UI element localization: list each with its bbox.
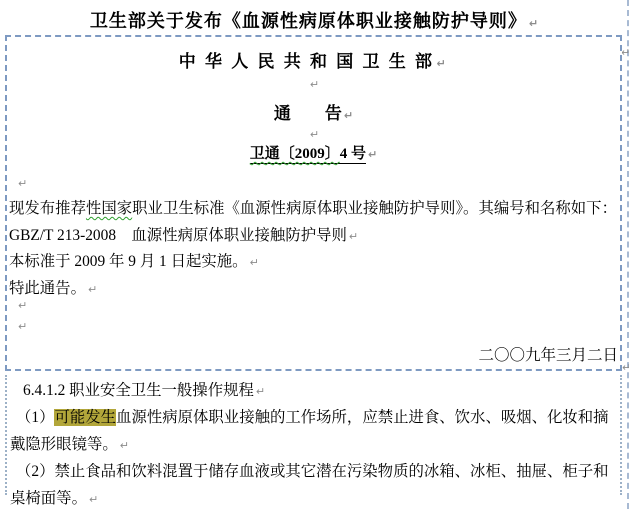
issue-date: 二〇〇九年三月二日 xyxy=(478,343,618,365)
pilcrow-mark-icon: ↵ xyxy=(308,128,319,141)
notice-heading-line: 通 告↵ xyxy=(7,99,620,124)
text-run: （1） xyxy=(16,409,54,426)
text-line: 本标准于 2009 年 9 月 1 日起实施。↵ xyxy=(9,249,618,276)
notice-heading: 通 告 xyxy=(274,104,342,123)
pilcrow-mark-icon: ↵ xyxy=(16,320,27,333)
text-run: 桌椅面等。 xyxy=(10,490,87,507)
document-title: 卫生部关于发布《血源性病原体职业接触防护导则》↵ xyxy=(0,7,629,33)
pilcrow-mark-icon: ↵ xyxy=(527,17,539,30)
text-run: （2）禁止食品和饮料混置于储存血液或其它潜在污染物质的冰箱、冰柜、抽屉、柜子和 xyxy=(16,463,609,480)
pilcrow-mark-icon: ↵ xyxy=(16,299,27,312)
notice-body-paragraphs: 现发布推荐性国家职业卫生标准《血源性病原体职业接触防护导则》。其编号和名称如下：… xyxy=(9,196,618,302)
text-run: 本标准于 2009 年 9 月 1 日起实施。 xyxy=(9,253,248,270)
text-run: GBZ/T 213-2008 血源性病原体职业接触防护导则 xyxy=(9,227,347,244)
text-run: 特此通告。 xyxy=(9,280,86,297)
text-run: 现发布推荐 xyxy=(9,200,86,217)
pilcrow-mark-icon: ↵ xyxy=(620,361,629,374)
ministry-name-line: 中 华 人 民 共 和 国 卫 生 部↵ xyxy=(7,47,620,72)
highlighted-text: 可能发生 xyxy=(54,409,116,426)
doc-number-line: 卫通〔2009〕4 号↵ xyxy=(7,142,620,163)
doc-number-tail: 4 号 xyxy=(340,146,366,162)
text-line: 6.4.1.2 职业安全卫生一般操作规程↵ xyxy=(10,377,620,404)
pilcrow-mark-icon: ↵ xyxy=(347,230,358,243)
spellcheck-underlined-text: 卫通〔2009〕 xyxy=(250,146,340,162)
notice-frame[interactable]: 中 华 人 民 共 和 国 卫 生 部↵ ↵ 通 告↵ ↵ 卫通〔2009〕4 … xyxy=(5,35,622,371)
section-frame[interactable]: 6.4.1.2 职业安全卫生一般操作规程↵（1）可能发生血源性病原体职业接触的工… xyxy=(5,375,622,495)
doc-number: 卫通〔2009〕4 号 xyxy=(250,146,366,164)
blank-line: ↵ xyxy=(7,75,620,93)
text-run: 6.4.1.2 职业安全卫生一般操作规程 xyxy=(23,382,254,399)
text-line: 桌椅面等。↵ xyxy=(10,485,620,509)
blank-line: ↵ xyxy=(7,125,620,143)
text-line: 戴隐形眼镜等。↵ xyxy=(10,431,620,458)
pilcrow-mark-icon: ↵ xyxy=(86,283,97,296)
spellcheck-underlined-text: 性国家 xyxy=(86,200,132,217)
pilcrow-mark-icon: ↵ xyxy=(248,256,259,269)
text-line: 特此通告。↵ xyxy=(9,276,618,303)
pilcrow-mark-icon: ↵ xyxy=(16,177,27,190)
section-paragraphs: 6.4.1.2 职业安全卫生一般操作规程↵（1）可能发生血源性病原体职业接触的工… xyxy=(10,377,620,509)
text-run: 戴隐形眼镜等。 xyxy=(10,436,118,453)
pilcrow-mark-icon: ↵ xyxy=(87,493,98,506)
text-line: GBZ/T 213-2008 血源性病原体职业接触防护导则↵ xyxy=(9,223,618,250)
page-edge-border xyxy=(625,0,629,509)
pilcrow-mark-icon: ↵ xyxy=(342,109,353,122)
ministry-name: 中 华 人 民 共 和 国 卫 生 部 xyxy=(179,52,435,71)
pilcrow-mark-icon: ↵ xyxy=(308,78,319,91)
document-title-text: 卫生部关于发布《血源性病原体职业接触防护导则》 xyxy=(90,11,527,31)
text-line: 现发布推荐性国家职业卫生标准《血源性病原体职业接触防护导则》。其编号和名称如下： xyxy=(9,196,618,223)
text-run: 职业卫生标准《血源性病原体职业接触防护导则》。其编号和名称如下： xyxy=(132,200,617,217)
pilcrow-mark-icon: ↵ xyxy=(254,385,265,398)
pilcrow-mark-icon: ↵ xyxy=(366,148,377,161)
text-run: 血源性病原体职业接触的工作场所，应禁止进食、饮水、吸烟、化妆和摘 xyxy=(116,409,609,426)
pilcrow-mark-icon: ↵ xyxy=(435,57,449,70)
document-page: 卫生部关于发布《血源性病原体职业接触防护导则》↵ ↵ 中 华 人 民 共 和 国… xyxy=(0,0,629,509)
text-line: （2）禁止食品和饮料混置于储存血液或其它潜在污染物质的冰箱、冰柜、抽屉、柜子和 xyxy=(10,458,620,485)
pilcrow-mark-icon: ↵ xyxy=(118,439,129,452)
text-line: （1）可能发生血源性病原体职业接触的工作场所，应禁止进食、饮水、吸烟、化妆和摘 xyxy=(10,404,620,431)
